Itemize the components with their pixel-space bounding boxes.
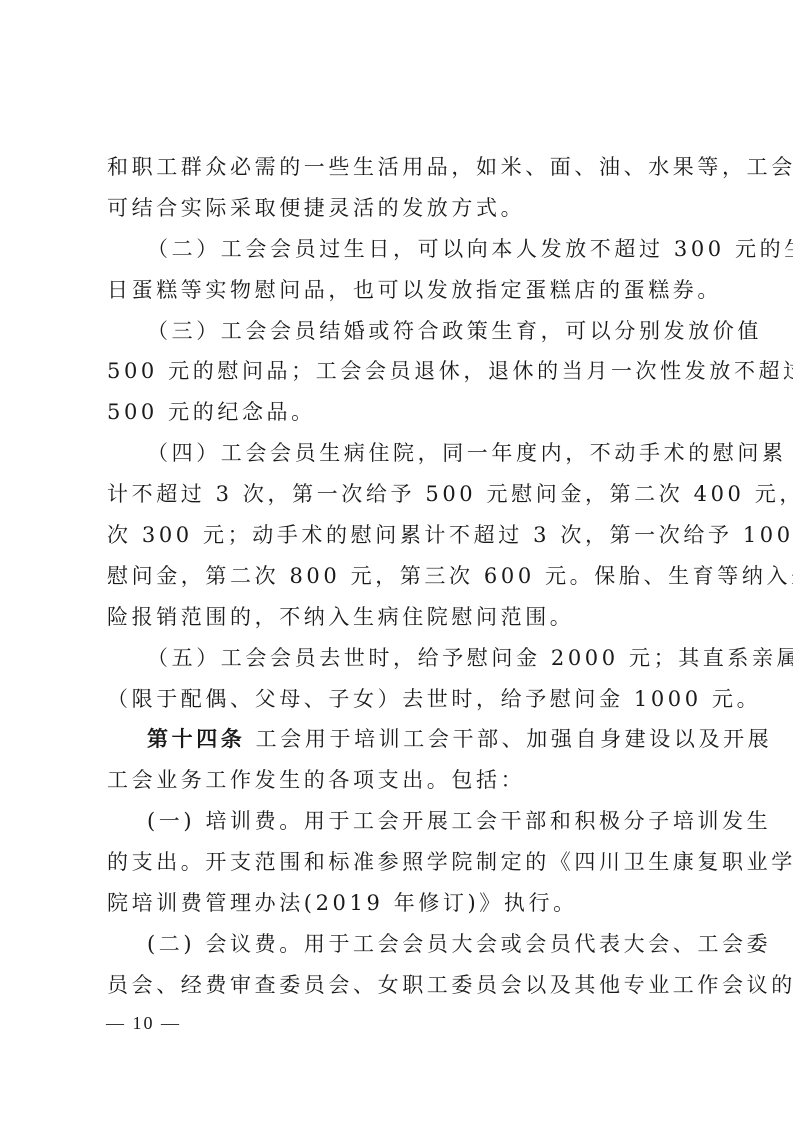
text-line: 院培训费管理办法(2019 年修订)》执行。 [107,883,693,924]
article-14-heading-line: 第十四条 工会用于培训工会干部、加强自身建设以及开展 [107,719,693,760]
text-line: 工会业务工作发生的各项支出。包括： [107,760,693,801]
text-line: 慰问金，第二次 800 元，第三次 600 元。保胎、生育等纳入生育 [107,556,693,597]
text-line: 可结合实际采取便捷灵活的发放方式。 [107,188,693,229]
text-line: 次 300 元；动手术的慰问累计不超过 3 次，第一次给予 1000 元 [107,515,693,556]
page-number: — 10 — [106,1013,181,1034]
article-text: 工会用于培训工会干部、加强自身建设以及开展 [245,727,772,751]
paragraph-item-4: （四）工会会员生病住院，同一年度内，不动手术的慰问累 [107,433,693,474]
text-line: （限于配偶、父母、子女）去世时，给予慰问金 1000 元。 [107,679,693,720]
paragraph-item-2: （二）工会会员过生日，可以向本人发放不超过 300 元的生 [107,229,693,270]
text-line: 500 元的慰问品；工会会员退休，退休的当月一次性发放不超过 [107,351,693,392]
text-line: 险报销范围的，不纳入生病住院慰问范围。 [107,597,693,638]
paragraph-item-5: （五）工会会员去世时，给予慰问金 2000 元；其直系亲属 [107,638,693,679]
paragraph-meeting-fee: (二) 会议费。用于工会会员大会或会员代表大会、工会委 [107,924,693,965]
paragraph-training-fee: (一) 培训费。用于工会开展工会干部和积极分子培训发生 [107,801,693,842]
text-line: 员会、经费审查委员会、女职工委员会以及其他专业工作会议的 [107,965,693,1006]
paragraph-item-3: （三）工会会员结婚或符合政策生育，可以分别发放价值 [107,311,693,352]
text-line: 计不超过 3 次，第一次给予 500 元慰问金，第二次 400 元，第三 [107,474,693,515]
body-text: 和职工群众必需的一些生活用品，如米、面、油、水果等，工会 可结合实际采取便捷灵活… [107,147,693,1006]
document-page: 和职工群众必需的一些生活用品，如米、面、油、水果等，工会 可结合实际采取便捷灵活… [0,0,793,1122]
text-line: 的支出。开支范围和标准参照学院制定的《四川卫生康复职业学 [107,842,693,883]
article-number: 第十四条 [147,726,245,751]
text-line: 日蛋糕等实物慰问品，也可以发放指定蛋糕店的蛋糕券。 [107,270,693,311]
text-line: 和职工群众必需的一些生活用品，如米、面、油、水果等，工会 [107,147,693,188]
text-line: 500 元的纪念品。 [107,392,693,433]
